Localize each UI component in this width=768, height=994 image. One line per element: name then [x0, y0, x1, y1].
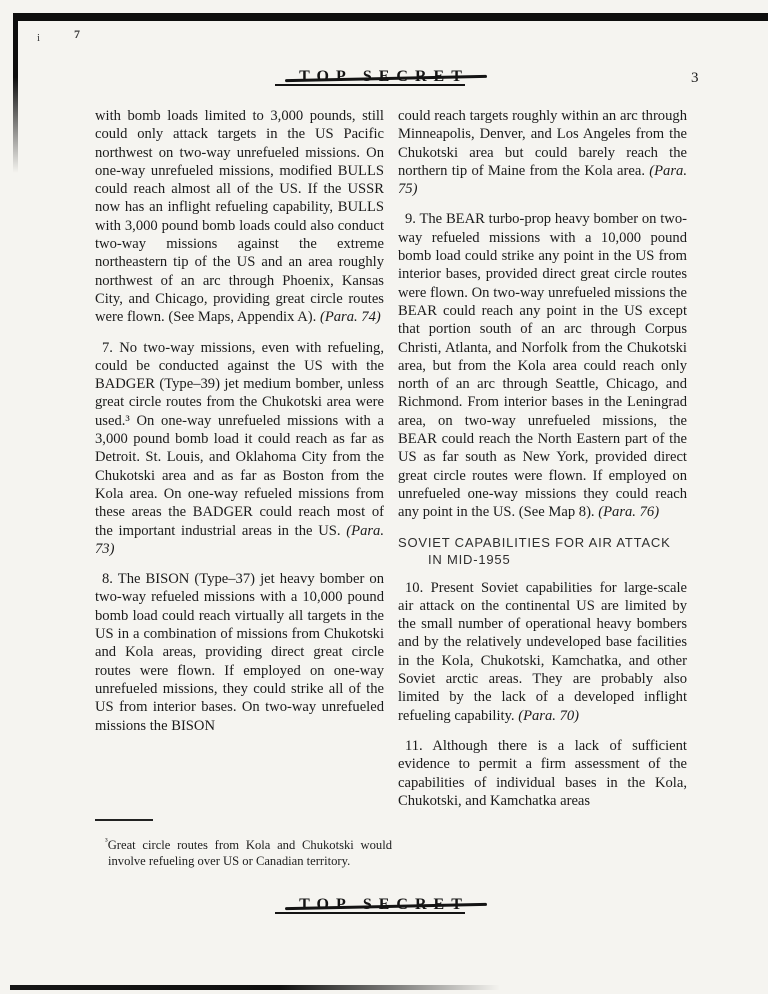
column-left: with bomb loads limited to 3,000 pounds,… [95, 107, 384, 822]
section-heading: SOVIET CAPABILITIES FOR AIR ATTACKIN MID… [398, 534, 687, 568]
stray-mark: i [37, 32, 40, 44]
paragraph-7: 7. No two-way missions, even with refuel… [95, 339, 384, 559]
paragraph-11: 11. Although there is a lack of sufficie… [398, 737, 687, 810]
section-heading-line2: IN MID-1955 [398, 551, 687, 568]
paragraph-text: with bomb loads limited to 3,000 pounds,… [95, 108, 384, 325]
footer-classification-stamp: TOP SECRET [299, 896, 469, 914]
body-columns: with bomb loads limited to 3,000 pounds,… [95, 107, 687, 822]
scan-edge-top [13, 13, 768, 21]
paragraph-10: 10. Present Soviet capabilities for larg… [398, 579, 687, 725]
footnote: ³Great circle routes from Kola and Chuko… [95, 834, 392, 870]
paragraph-text: 10. Present Soviet capabilities for larg… [398, 580, 687, 724]
paragraph-text: 11. Although there is a lack of sufficie… [398, 738, 687, 809]
paragraph-text: 8. The BISON (Type–37) jet heavy bomber … [95, 571, 384, 733]
paragraph-text: 9. The BEAR turbo-prop heavy bomber on t… [398, 211, 687, 520]
document-page: i 7 TOP SECRET 3 with bomb loads limited… [0, 0, 768, 994]
column-right: could reach targets roughly within an ar… [398, 107, 687, 822]
footnote-separator [95, 819, 153, 821]
para-citation: (Para. 76) [598, 504, 659, 520]
header-classification-stamp: TOP SECRET [299, 68, 469, 86]
section-heading-line1: SOVIET CAPABILITIES FOR AIR ATTACK [398, 535, 671, 550]
paragraph-text: 7. No two-way missions, even with refuel… [95, 340, 384, 539]
paragraph-8: 8. The BISON (Type–37) jet heavy bomber … [95, 570, 384, 735]
paragraph-continuation: could reach targets roughly within an ar… [398, 107, 687, 198]
paragraph-continuation: with bomb loads limited to 3,000 pounds,… [95, 107, 384, 327]
para-citation: (Para. 70) [518, 708, 579, 724]
stray-mark: 7 [74, 27, 80, 42]
paragraph-9: 9. The BEAR turbo-prop heavy bomber on t… [398, 210, 687, 521]
paragraph-text: could reach targets roughly within an ar… [398, 108, 687, 179]
scan-edge-bottom [10, 985, 500, 990]
scan-edge-left [13, 13, 18, 173]
footnote-text: Great circle routes from Kola and Chukot… [108, 838, 392, 868]
page-number: 3 [691, 70, 699, 87]
page-header: TOP SECRET [0, 68, 768, 86]
para-citation: (Para. 74) [320, 309, 381, 325]
page-footer: TOP SECRET [0, 896, 768, 914]
footnote-block: ³Great circle routes from Kola and Chuko… [95, 819, 392, 882]
